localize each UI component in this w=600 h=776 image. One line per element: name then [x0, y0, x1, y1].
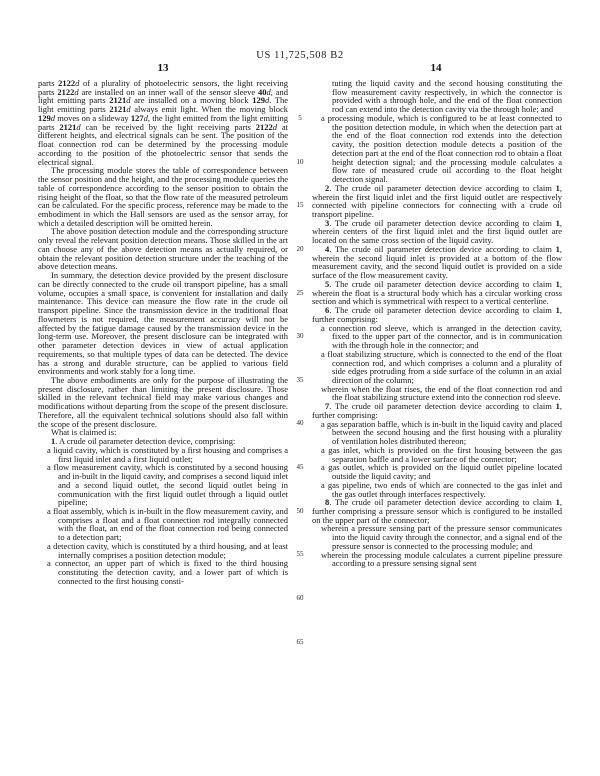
- text-run: a detection cavity, which is constituted…: [47, 541, 288, 560]
- line-number: 50: [288, 507, 312, 516]
- text-run: The above position detection module and …: [38, 226, 288, 271]
- line-number: 20: [288, 245, 312, 254]
- paragraph: 6. The crude oil parameter detection dev…: [312, 306, 562, 323]
- text-run: a gas outlet, which is provided on the l…: [321, 462, 562, 481]
- paragraph: a connector, an upper part of which is f…: [58, 559, 288, 585]
- text-run: a float assembly, which is in-built in t…: [47, 506, 288, 542]
- text-run: a flow measurement cavity, which is cons…: [47, 462, 288, 507]
- line-number: 65: [288, 638, 312, 647]
- paragraph: wherein a pressure sensing part of the p…: [332, 524, 562, 550]
- text-run: a gas inlet, which is provided on the fi…: [321, 445, 562, 464]
- right-column: tuting the liquid cavity and the second …: [312, 79, 562, 568]
- paragraph: a liquid cavity, which is constituted by…: [58, 446, 288, 463]
- patent-number: US 11,725,508 B2: [0, 50, 600, 61]
- paragraph: a gas inlet, which is provided on the fi…: [332, 446, 562, 463]
- line-number: 35: [288, 376, 312, 385]
- line-number: 60: [288, 594, 312, 603]
- paragraph: 5. The crude oil parameter detection dev…: [312, 280, 562, 306]
- paragraph: 4. The crude oil parameter detection dev…: [312, 245, 562, 280]
- paragraph: a processing module, which is configured…: [332, 114, 562, 184]
- paragraph: a connection rod sleeve, which is arrang…: [332, 324, 562, 350]
- text-run: wherein a pressure sensing part of the p…: [321, 523, 562, 550]
- line-number: 15: [288, 201, 312, 210]
- text-run: a gas pipeline, two ends of which are co…: [321, 480, 562, 499]
- text-run: tuting the liquid cavity and the second …: [332, 78, 562, 114]
- paragraph: a flow measurement cavity, which is cons…: [58, 463, 288, 507]
- text-run: In summary, the detection device provide…: [38, 270, 288, 376]
- paragraph: a float stabilizing structure, which is …: [332, 350, 562, 385]
- line-number: 40: [288, 419, 312, 428]
- paragraph: wherein when the float rises, the end of…: [332, 385, 562, 402]
- page-body: parts 2122d of a plurality of photoelect…: [38, 79, 574, 586]
- column-number-left: 13: [38, 62, 288, 74]
- paragraph: 7. The crude oil parameter detection dev…: [312, 402, 562, 419]
- line-number-gutter: 5101520253035404550556065: [288, 79, 312, 586]
- patent-page: US 11,725,508 B2 13 14 parts 2122d of a …: [0, 0, 600, 776]
- line-number: 55: [288, 550, 312, 559]
- paragraph: The above embodiments are only for the p…: [38, 376, 288, 428]
- paragraph: The above position detection module and …: [38, 227, 288, 271]
- paragraph: a detection cavity, which is constituted…: [58, 542, 288, 559]
- text-run: a processing module, which is configured…: [321, 113, 562, 184]
- paragraph: tuting the liquid cavity and the second …: [332, 79, 562, 114]
- paragraph: a gas separation baffle, which is in-bui…: [332, 420, 562, 446]
- text-run: a connection rod sleeve, which is arrang…: [321, 323, 562, 350]
- text-run: The above embodiments are only for the p…: [38, 375, 288, 429]
- paragraph: 8. The crude oil parameter detection dev…: [312, 498, 562, 524]
- line-number: 30: [288, 332, 312, 341]
- paragraph: wherein the processing module calculates…: [332, 551, 562, 568]
- text-run: wherein the processing module calculates…: [321, 550, 562, 569]
- text-run: a gas separation baffle, which is in-bui…: [321, 419, 562, 446]
- text-run: wherein when the float rises, the end of…: [321, 384, 562, 403]
- line-number: 5: [288, 114, 312, 123]
- text-run: a float stabilizing structure, which is …: [321, 349, 562, 385]
- paragraph: a gas outlet, which is provided on the l…: [332, 463, 562, 480]
- line-number: 10: [288, 158, 312, 167]
- text-run: a liquid cavity, which is constituted by…: [47, 445, 288, 464]
- line-number: 25: [288, 289, 312, 298]
- paragraph: a gas pipeline, two ends of which are co…: [332, 481, 562, 498]
- paragraph: In summary, the detection device provide…: [38, 271, 288, 376]
- paragraph: 2. The crude oil parameter detection dev…: [312, 184, 562, 219]
- text-run: a connector, an upper part of which is f…: [47, 558, 288, 585]
- left-column: parts 2122d of a plurality of photoelect…: [38, 79, 288, 586]
- line-number: 45: [288, 463, 312, 472]
- paragraph: 3. The crude oil parameter detection dev…: [312, 219, 562, 245]
- paragraph: parts 2122d of a plurality of photoelect…: [38, 79, 288, 166]
- column-number-right: 14: [310, 62, 562, 74]
- text-run: The processing module stores the table o…: [38, 165, 288, 227]
- paragraph: The processing module stores the table o…: [38, 166, 288, 227]
- paragraph: a float assembly, which is in-built in t…: [58, 507, 288, 542]
